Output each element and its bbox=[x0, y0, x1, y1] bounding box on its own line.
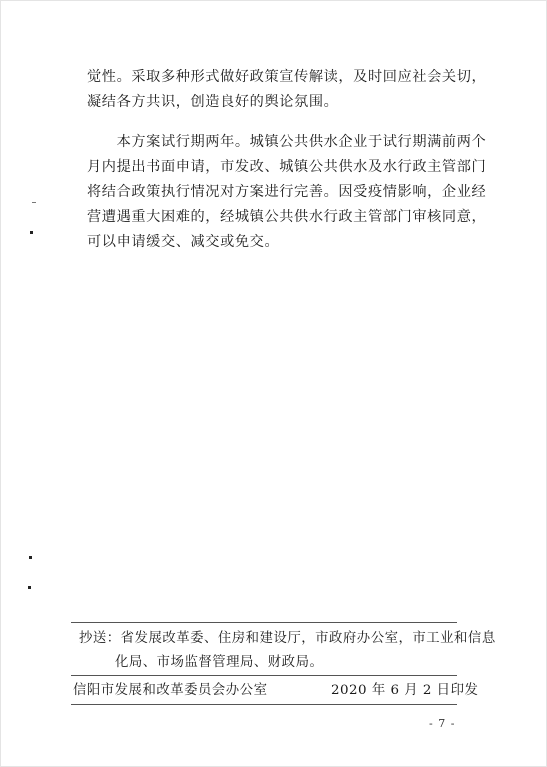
issuer-name: 信阳市发展和改革委员会办公室 bbox=[73, 679, 267, 698]
divider-bottom bbox=[71, 704, 457, 705]
scan-mark bbox=[32, 202, 36, 203]
binding-hole-mark bbox=[29, 556, 32, 559]
document-page: 觉性。采取多种形式做好政策宣传解读，及时回应社会关切， 凝结各方共识，创造良好的… bbox=[0, 0, 547, 767]
page-number: - 7 - bbox=[429, 717, 455, 730]
cc-line-2: 化局、市场监督管理局、财政局。 bbox=[79, 651, 496, 675]
issue-date: 2020 年 6 月 2 日印发 bbox=[331, 679, 478, 698]
text-line: 凝结各方共识，创造良好的舆论氛围。 bbox=[87, 90, 465, 115]
text-line: 可以申请缓交、减交或免交。 bbox=[87, 230, 465, 255]
text-line: 营遭遇重大困难的，经城镇公共供水行政主管部门审核同意， bbox=[87, 205, 465, 230]
text-line: 将结合政策执行情况对方案进行完善。因受疫情影响，企业经 bbox=[87, 180, 465, 205]
divider-top bbox=[71, 622, 457, 623]
binding-hole-mark bbox=[28, 586, 31, 589]
cc-label: 抄送： bbox=[79, 631, 121, 646]
cc-line-1: 省发展改革委、住房和建设厅，市政府办公室，市工业和信息 bbox=[121, 631, 496, 646]
text-line: 觉性。采取多种形式做好政策宣传解读，及时回应社会关切， bbox=[87, 65, 465, 90]
text-line: 月内提出书面申请，市发改、城镇公共供水及水行政主管部门 bbox=[87, 155, 465, 180]
cc-recipients: 抄送：省发展改革委、住房和建设厅，市政府办公室，市工业和信息 化局、市场监督管理… bbox=[79, 627, 496, 675]
divider-middle bbox=[71, 675, 457, 676]
paragraph-trial-period: 本方案试行期两年。城镇公共供水企业于试行期满前两个 月内提出书面申请，市发改、城… bbox=[87, 130, 465, 255]
text-line: 本方案试行期两年。城镇公共供水企业于试行期满前两个 bbox=[87, 130, 465, 155]
binding-hole-mark bbox=[30, 231, 33, 234]
paragraph-publicity: 觉性。采取多种形式做好政策宣传解读，及时回应社会关切， 凝结各方共识，创造良好的… bbox=[87, 65, 465, 115]
